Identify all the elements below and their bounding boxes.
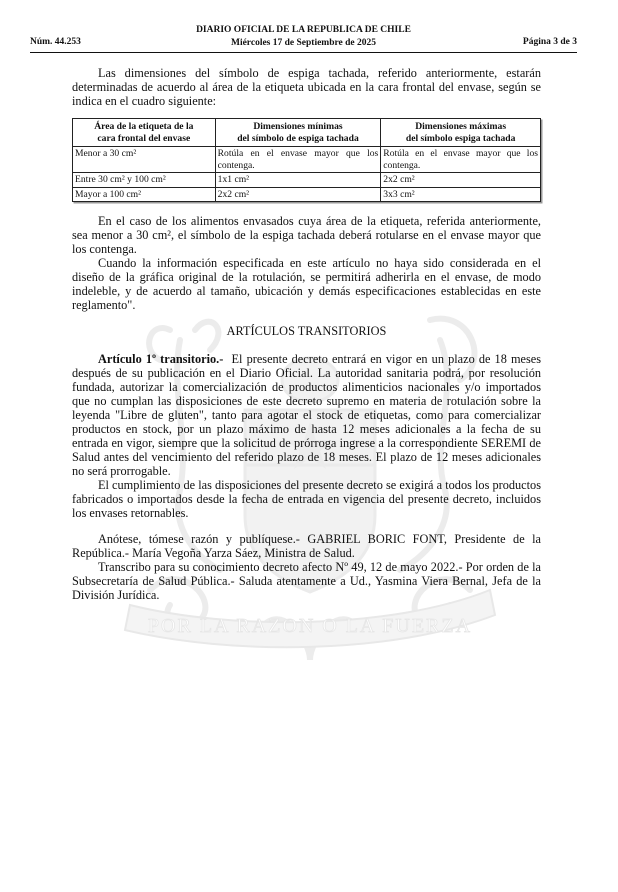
spacer — [72, 520, 541, 532]
table-cell: 2x2 cm² — [381, 173, 541, 188]
table-cell: Rotúla en el envase mayor que los conten… — [381, 147, 541, 173]
table-cell: Mayor a 100 cm² — [73, 187, 216, 202]
page-header: Núm. 44.253 DIARIO OFICIAL DE LA REPUBLI… — [30, 24, 577, 53]
spacer — [72, 202, 541, 214]
table-row: Menor a 30 cm² Rotúla en el envase mayor… — [73, 147, 541, 173]
table-header-row: Área de la etiqueta de lacara frontal de… — [73, 119, 541, 147]
table-cell: 2x2 cm² — [215, 187, 381, 202]
watermark-motto: POR LA RAZON O LA FUERZA — [148, 615, 472, 637]
masthead: DIARIO OFICIAL DE LA REPUBLICA DE CHILE … — [30, 24, 577, 49]
table-cell: Menor a 30 cm² — [73, 147, 216, 173]
dimensions-table: Área de la etiqueta de lacara frontal de… — [72, 118, 541, 202]
table-row: Mayor a 100 cm² 2x2 cm² 3x3 cm² — [73, 187, 541, 202]
adhesion-paragraph: Cuando la información especificada en es… — [72, 256, 541, 312]
article-1-transitory: Artículo 1º transitorio.- El presente de… — [72, 352, 541, 478]
table-cell: Entre 30 cm² y 100 cm² — [73, 173, 216, 188]
table-row: Entre 30 cm² y 100 cm² 1x1 cm² 2x2 cm² — [73, 173, 541, 188]
small-label-paragraph: En el caso de los alimentos envasados cu… — [72, 214, 541, 256]
intro-paragraph: Las dimensiones del símbolo de espiga ta… — [72, 66, 541, 108]
compliance-paragraph: El cumplimiento de las disposiciones del… — [72, 478, 541, 520]
table-header-min: Dimensiones mínimasdel símbolo de espiga… — [215, 119, 381, 147]
publication-date: Miércoles 17 de Septiembre de 2025 — [30, 37, 577, 50]
table-cell: Rotúla en el envase mayor que los conten… — [215, 147, 381, 173]
table-cell: 3x3 cm² — [381, 187, 541, 202]
newspaper-title: DIARIO OFICIAL DE LA REPUBLICA DE CHILE — [30, 24, 577, 37]
article-1-lead: Artículo 1º transitorio.- — [98, 352, 223, 366]
signature-paragraph: Anótese, tómese razón y publíquese.- GAB… — [72, 532, 541, 560]
table-header-max: Dimensiones máximasdel símbolo espiga ta… — [381, 119, 541, 147]
table-cell: 1x1 cm² — [215, 173, 381, 188]
page-number: Página 3 de 3 — [523, 37, 577, 47]
transcription-paragraph: Transcribo para su conocimiento decreto … — [72, 560, 541, 602]
table-header-area: Área de la etiqueta de lacara frontal de… — [73, 119, 216, 147]
section-title: ARTÍCULOS TRANSITORIOS — [72, 324, 541, 338]
article-1-text: El presente decreto entrará en vigor en … — [72, 352, 541, 478]
document-body: Las dimensiones del símbolo de espiga ta… — [72, 66, 541, 602]
